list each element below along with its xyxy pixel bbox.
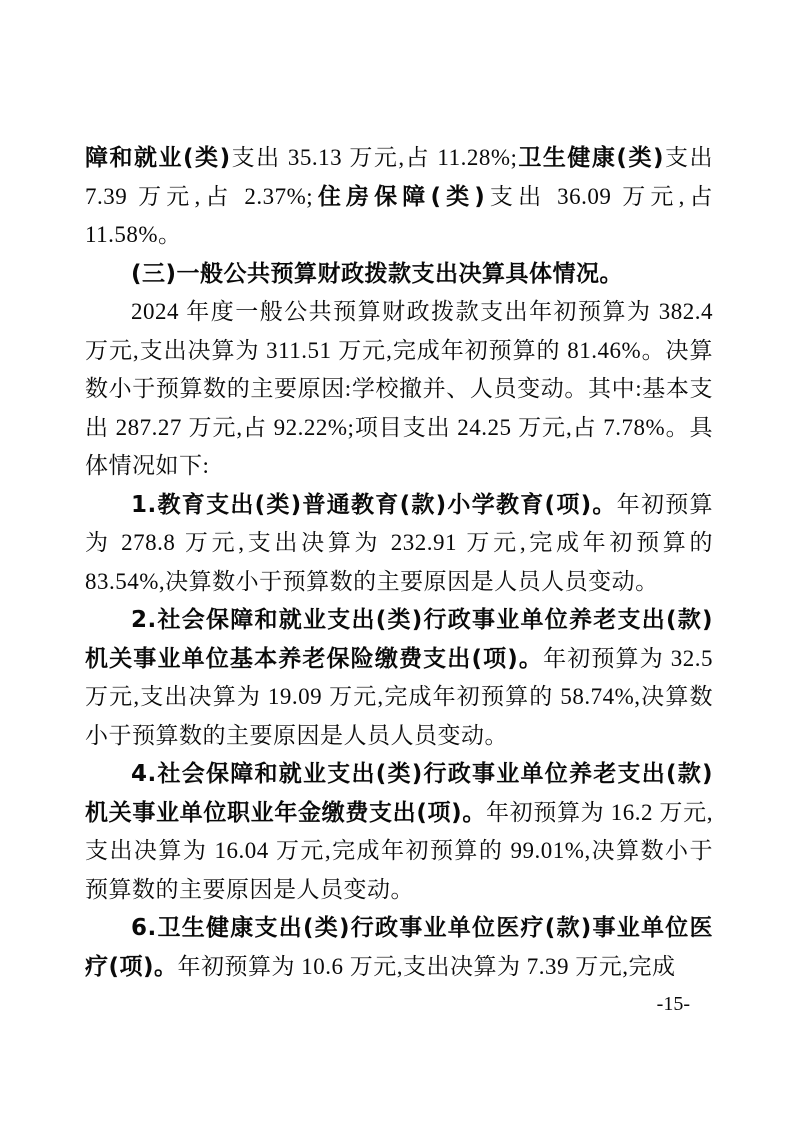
emphasis-text: 障和就业(类)	[85, 145, 231, 171]
body-text: 支出 35.13 万元,占 11.28%;	[231, 145, 518, 170]
document-page: 障和就业(类)支出 35.13 万元,占 11.28%;卫生健康(类)支出 7.…	[0, 0, 793, 1122]
emphasis-text: 1.教育支出(类)普通教育(款)小学教育(项)。	[131, 492, 617, 518]
emphasis-text: 住房保障(类)	[313, 184, 485, 210]
emphasis-text: (三)一般公共预算财政拨款支出决算具体情况。	[131, 261, 623, 287]
body-paragraph: 2.社会保障和就业支出(类)行政事业单位养老支出(款)机关事业单位基本养老保险缴…	[85, 601, 713, 755]
emphasis-text: 卫生健康(类)	[517, 145, 664, 171]
body-paragraph: 2024 年度一般公共预算财政拨款支出年初预算为 382.4 万元,支出决算为 …	[85, 293, 713, 486]
body-paragraph: 4.社会保障和就业支出(类)行政事业单位养老支出(款)机关事业单位职业年金缴费支…	[85, 755, 713, 909]
body-text: 2024 年度一般公共预算财政拨款支出年初预算为 382.4 万元,支出决算为 …	[85, 299, 713, 478]
body-paragraph: 障和就业(类)支出 35.13 万元,占 11.28%;卫生健康(类)支出 7.…	[85, 139, 713, 255]
body-paragraph: 1.教育支出(类)普通教育(款)小学教育(项)。年初预算为 278.8 万元,支…	[85, 486, 713, 602]
document-body: 障和就业(类)支出 35.13 万元,占 11.28%;卫生健康(类)支出 7.…	[85, 139, 713, 986]
section-heading: (三)一般公共预算财政拨款支出决算具体情况。	[85, 255, 713, 294]
body-paragraph: 6.卫生健康支出(类)行政事业单位医疗(款)事业单位医疗(项)。年初预算为 10…	[85, 909, 713, 986]
page-number: -15-	[657, 993, 690, 1015]
body-text: 年初预算为 10.6 万元,支出决算为 7.39 万元,完成	[178, 954, 676, 979]
